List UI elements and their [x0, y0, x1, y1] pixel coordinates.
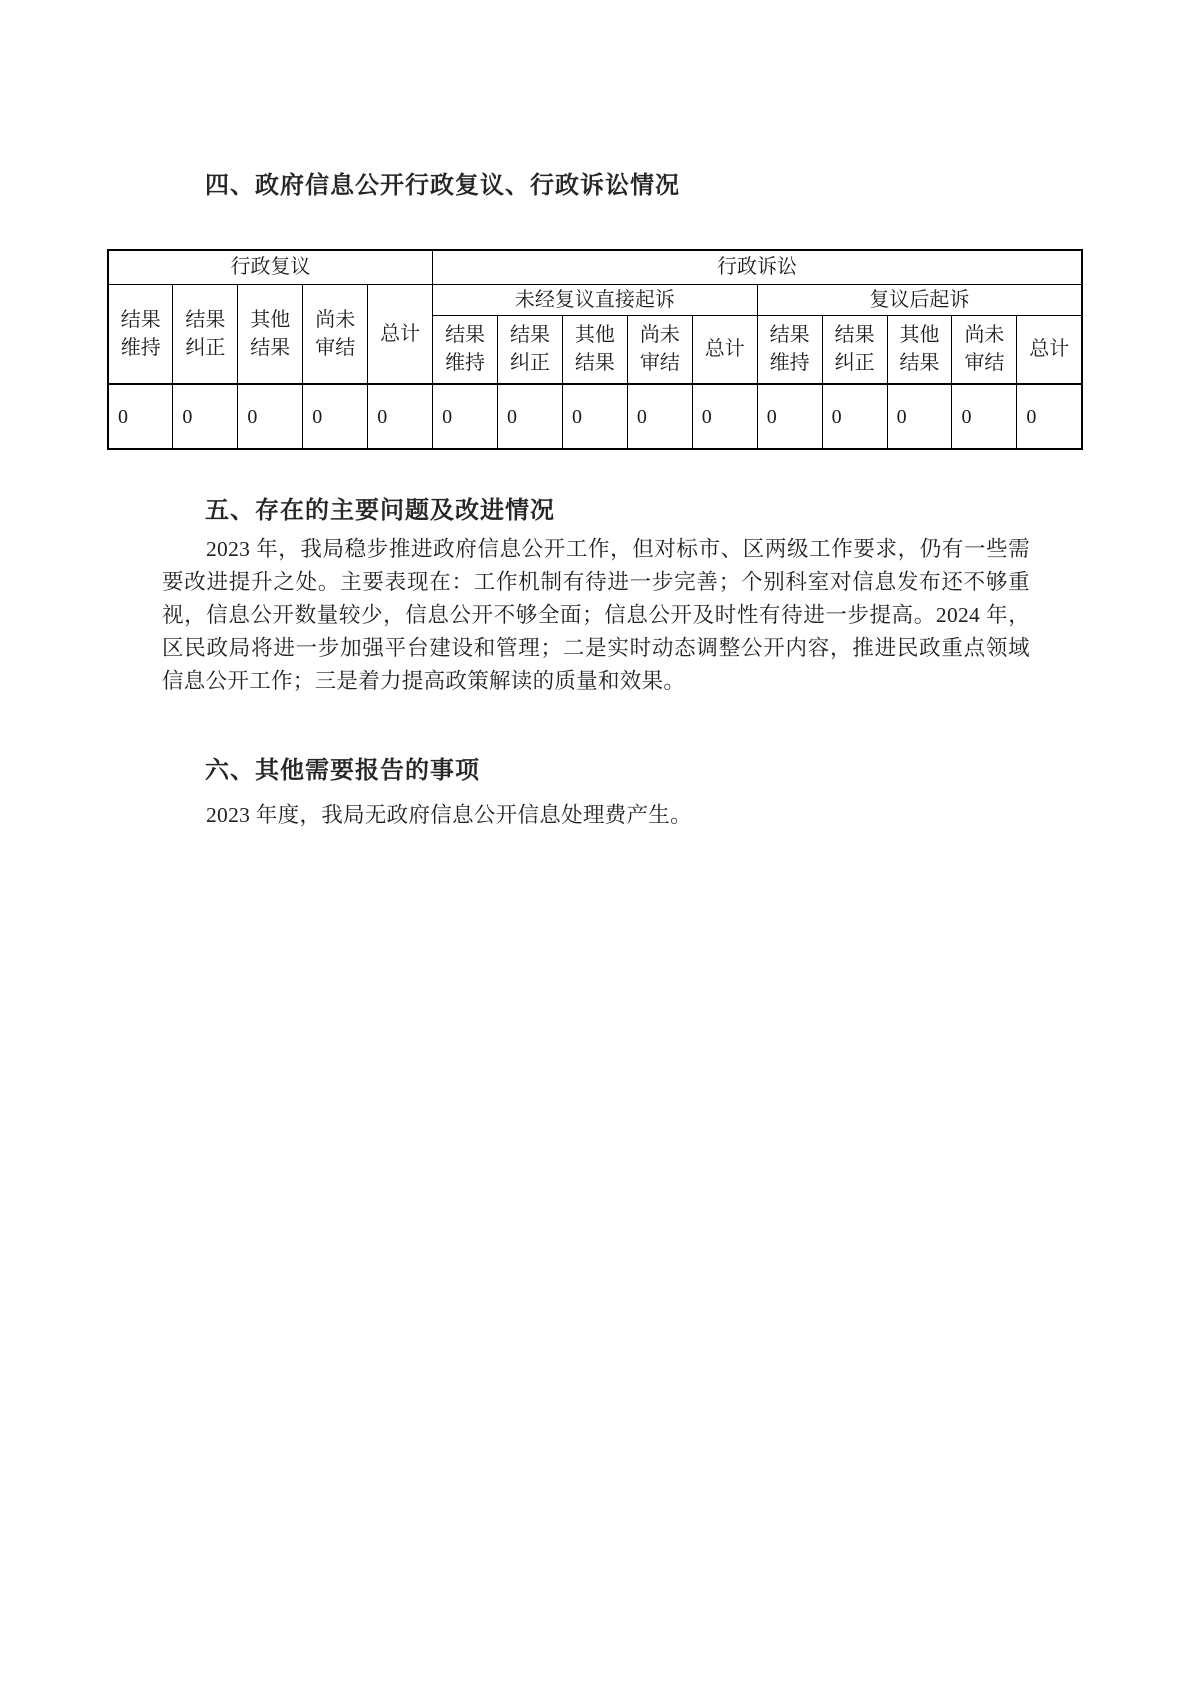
value-cell: 0 [368, 384, 433, 449]
value-cell: 0 [238, 384, 303, 449]
column-header-total: 总计 [368, 284, 433, 384]
value-cell: 0 [433, 384, 498, 449]
column-header-result-upheld: 结果维持 [433, 315, 498, 384]
value-cell: 0 [1017, 384, 1082, 449]
section5-paragraph: 2023 年，我局稳步推进政府信息公开工作，但对标市、区两级工作要求，仍有一些需… [162, 533, 1030, 698]
column-header-total: 总计 [1017, 315, 1082, 384]
value-cell: 0 [757, 384, 822, 449]
column-header-result-upheld: 结果维持 [757, 315, 822, 384]
review-litigation-table: 行政复议 行政诉讼 结果维持 结果纠正 其他结果 尚未审结 总计 未经复议直接起… [107, 249, 1083, 450]
section6-heading: 六、其他需要报告的事项 [205, 757, 480, 785]
value-cell: 0 [108, 384, 173, 449]
value-cell: 0 [627, 384, 692, 449]
section6-paragraph: 2023 年度，我局无政府信息公开信息处理费产生。 [162, 799, 1030, 832]
group-header-administrative-litigation: 行政诉讼 [433, 250, 1082, 284]
table-row: 结果维持 结果纠正 其他结果 尚未审结 总计 未经复议直接起诉 复议后起诉 [108, 284, 1082, 315]
value-cell: 0 [562, 384, 627, 449]
column-header-total: 总计 [692, 315, 757, 384]
subgroup-header-litigation-after-review: 复议后起诉 [757, 284, 1082, 315]
value-cell: 0 [303, 384, 368, 449]
section5-heading: 五、存在的主要问题及改进情况 [205, 497, 555, 525]
value-cell: 0 [952, 384, 1017, 449]
table-data-row: 0 0 0 0 0 0 0 0 0 0 0 0 0 0 0 [108, 384, 1082, 449]
column-header-other-result: 其他结果 [238, 284, 303, 384]
table-row: 行政复议 行政诉讼 [108, 250, 1082, 284]
subgroup-header-direct-litigation: 未经复议直接起诉 [433, 284, 758, 315]
column-header-result-corrected: 结果纠正 [173, 284, 238, 384]
column-header-pending: 尚未审结 [303, 284, 368, 384]
report-page: 四、政府信息公开行政复议、行政诉讼情况 行政复议 行政诉讼 结果维持 结果纠正 … [0, 0, 1190, 1683]
value-cell: 0 [692, 384, 757, 449]
column-header-pending: 尚未审结 [627, 315, 692, 384]
column-header-result-upheld: 结果维持 [108, 284, 173, 384]
value-cell: 0 [173, 384, 238, 449]
value-cell: 0 [498, 384, 563, 449]
column-header-other-result: 其他结果 [562, 315, 627, 384]
column-header-pending: 尚未审结 [952, 315, 1017, 384]
column-header-result-corrected: 结果纠正 [822, 315, 887, 384]
value-cell: 0 [887, 384, 952, 449]
column-header-other-result: 其他结果 [887, 315, 952, 384]
column-header-result-corrected: 结果纠正 [498, 315, 563, 384]
section4-heading: 四、政府信息公开行政复议、行政诉讼情况 [205, 172, 680, 200]
group-header-administrative-review: 行政复议 [108, 250, 433, 284]
value-cell: 0 [822, 384, 887, 449]
